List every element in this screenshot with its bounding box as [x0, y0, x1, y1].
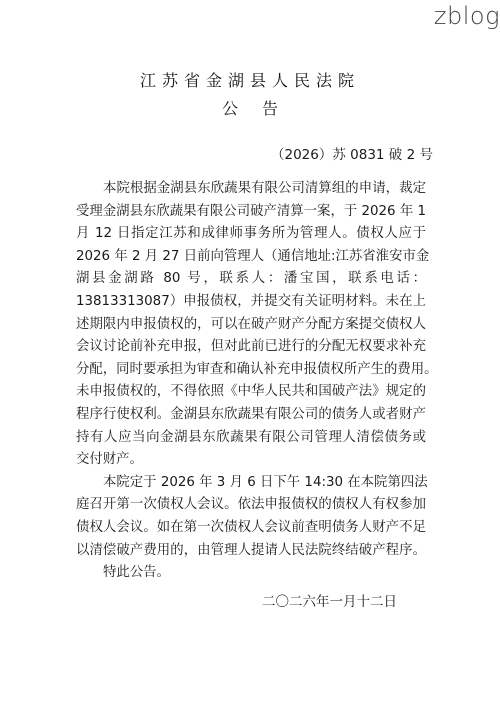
text-line: 13813313087）申报债权，并提交有关证明材料。未在上 [76, 291, 426, 314]
text-line: 会议讨论前补充申报，但对此前已进行的分配无权要求补充 [76, 336, 426, 359]
paragraph-creditor-claims: 本院根据金湖县东欣蔬果有限公司清算组的申请，裁定 受理金湖县东欣蔬果有限公司破产… [76, 178, 426, 472]
text-line: 债权人会议。如在第一次债权人会议前查明债务人财产不足 [76, 517, 426, 540]
text-line: 受理金湖县东欣蔬果有限公司破产清算一案，于 2026 年 1 [76, 201, 426, 224]
text-line: 未申报债权的，不得依照《中华人民共和国破产法》规定的 [76, 381, 426, 404]
text-line: 述期限内申报债权的，可以在破产财产分配方案提交债权人 [76, 314, 426, 337]
text-line: 持有人应当向金湖县东欣蔬果有限公司管理人清偿债务或 [76, 427, 426, 450]
text-line: 分配，同时要承担为审查和确认补充申报债权所产生的费用。 [76, 359, 426, 382]
text-line: 交付财产。 [76, 449, 426, 472]
court-name-heading: 江苏省金湖县人民法院 [0, 68, 500, 91]
text-line: 程序行使权利。金湖县东欣蔬果有限公司的债务人或者财产 [76, 404, 426, 427]
text-line: 本院根据金湖县东欣蔬果有限公司清算组的申请，裁定 [76, 178, 426, 201]
text-line: 庭召开第一次债权人会议。依法申报债权的债权人有权参加 [76, 494, 426, 517]
text-line: 月 12 日指定江苏和成律师事务所为管理人。债权人应于 [76, 223, 426, 246]
text-line: 本院定于 2026 年 3 月 6 日下午 14:30 在本院第四法 [76, 472, 426, 495]
watermark-logo: zblog [434, 2, 500, 30]
paragraph-creditors-meeting: 本院定于 2026 年 3 月 6 日下午 14:30 在本院第四法 庭召开第一… [76, 472, 426, 562]
issue-date: 二〇二六年一月十二日 [262, 590, 397, 610]
notice-title: 公告 [0, 96, 500, 119]
case-number: （2026）苏 0831 破 2 号 [271, 143, 433, 163]
notice-body: 本院根据金湖县东欣蔬果有限公司清算组的申请，裁定 受理金湖县东欣蔬果有限公司破产… [76, 178, 426, 585]
text-line: 湖县金湖路 80 号，联系人：潘宝国，联系电话： [76, 268, 426, 291]
text-line: 2026 年 2 月 27 日前向管理人（通信地址:江苏省淮安市金 [76, 246, 426, 269]
closing-statement: 特此公告。 [76, 562, 426, 585]
text-line: 以清偿破产费用的，由管理人提请人民法院终结破产程序。 [76, 540, 426, 563]
